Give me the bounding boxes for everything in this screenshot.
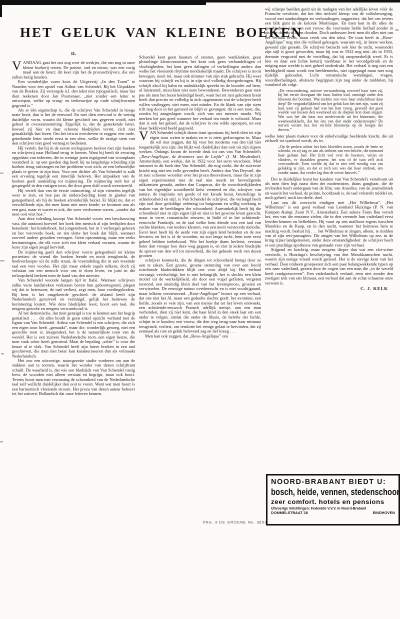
column-2: Schendel kent geen haasten of stooten, g… [139,55,261,516]
paragraph: Al het demonische, dat men geneigd is to… [12,311,135,358]
drop-cap: V [139,131,150,142]
ad-feature-line: bosch, heide, vennen, stedenschoon [271,487,400,498]
ad-city: EINDHOVEN [373,511,395,516]
paragraph: Van Schendel woonde langen tijd in Itali… [12,278,135,311]
paragraph: schrijver kenmerkt, die de dingen tot sc… [139,258,261,334]
paragraph-text: AN Schendel schrijft dezen trant spontaa… [139,130,261,154]
section-number: II. [12,52,135,57]
paragraph: Schendel kent geen haasten of stooten, g… [139,55,261,131]
scan-artifact [0,173,4,175]
paragraph: Stijgend en krachtig, maar nergens diepe… [265,248,393,286]
paragraph: welke later plaats maken voor de enkelvo… [265,134,393,143]
drop-cap: V [12,61,23,72]
paragraph: Hij vertelt dan van de eerste ontmoeting… [12,188,135,216]
scan-artifact [0,260,5,262]
column-1: II. VANDAAG gaat het ons nog over de wer… [12,52,135,516]
paragraph-text: (J. M. Meulenhoff, Amsterdam), een werkj… [139,154,261,258]
paragraph: Des te duidelijker komt het karakter van… [265,177,393,201]
top-rule-left [0,0,206,5]
scan-surface: HET GELUK VAN KLEINE BOEKEN II. VANDAAG … [0,0,400,619]
block-quote: „Op de perken achter het huis bloeiden r… [278,145,383,175]
paragraph: Als er één eigenschap is, die de schrijv… [12,108,135,146]
paragraph: Een wonderlijke vorm koos de Uitgeverij … [12,80,135,108]
scan-artifact [0,441,3,443]
paragraph-text: ANDAAG gaat het ons nog over de werkjes,… [12,60,135,79]
paragraph: De mijmering geeft den schrijver voorts … [12,250,135,278]
left-edge-mark [0,0,2,17]
ad-hotels-line: zeer comfort. hotels en pensions [271,498,395,506]
paragraph: VAN Schendel schrijft dezen trant sponta… [139,131,261,259]
column-3: wij scherpe beelden geeft uit de nadagen… [265,7,393,460]
ad-street: DOMMELSTRAAT 26 [271,511,308,516]
ad-headline: NOORD-BRABANT BIEDT U: [271,478,395,486]
article-title: HET GELUK VAN KLEINE BOEKEN [20,25,242,41]
paragraph: Hij vertelt, dat hij in de eerste oorlog… [12,146,135,189]
paragraph: Aan deze inleiding knoopt Van Schendel v… [12,217,135,250]
ad-feature-row: bosch, heide, vennen, stedenschoon [271,487,395,498]
newspaper-page: HET GELUK VAN KLEINE BOEKEN II. VANDAAG … [0,0,400,619]
ad-address-row: DOMMELSTRAAT 26 EINDHOVEN [271,511,395,516]
paragraph: wij scherpe beelden geeft uit de nadagen… [265,7,393,87]
author-signature: C. J. KELK [265,286,393,291]
paragraph: Het zou een uitvoerige, nauwgezette stud… [12,359,135,397]
paragraph: Laat ons dit overzicht eindigen met „Het… [265,200,393,247]
block-quote: „De verwondering, zuivere verwondering o… [278,89,383,133]
paragraph: Men kan ook zeggen, dat „Rose-Angélique”… [139,334,261,339]
paragraph: VANDAAG gaat het ons nog over de werkjes… [12,61,135,80]
scan-artifact [1,353,4,355]
scan-artifact [396,29,399,31]
advertisement: NOORD-BRABANT BIEDT U: bosch, heide, ven… [266,474,400,526]
